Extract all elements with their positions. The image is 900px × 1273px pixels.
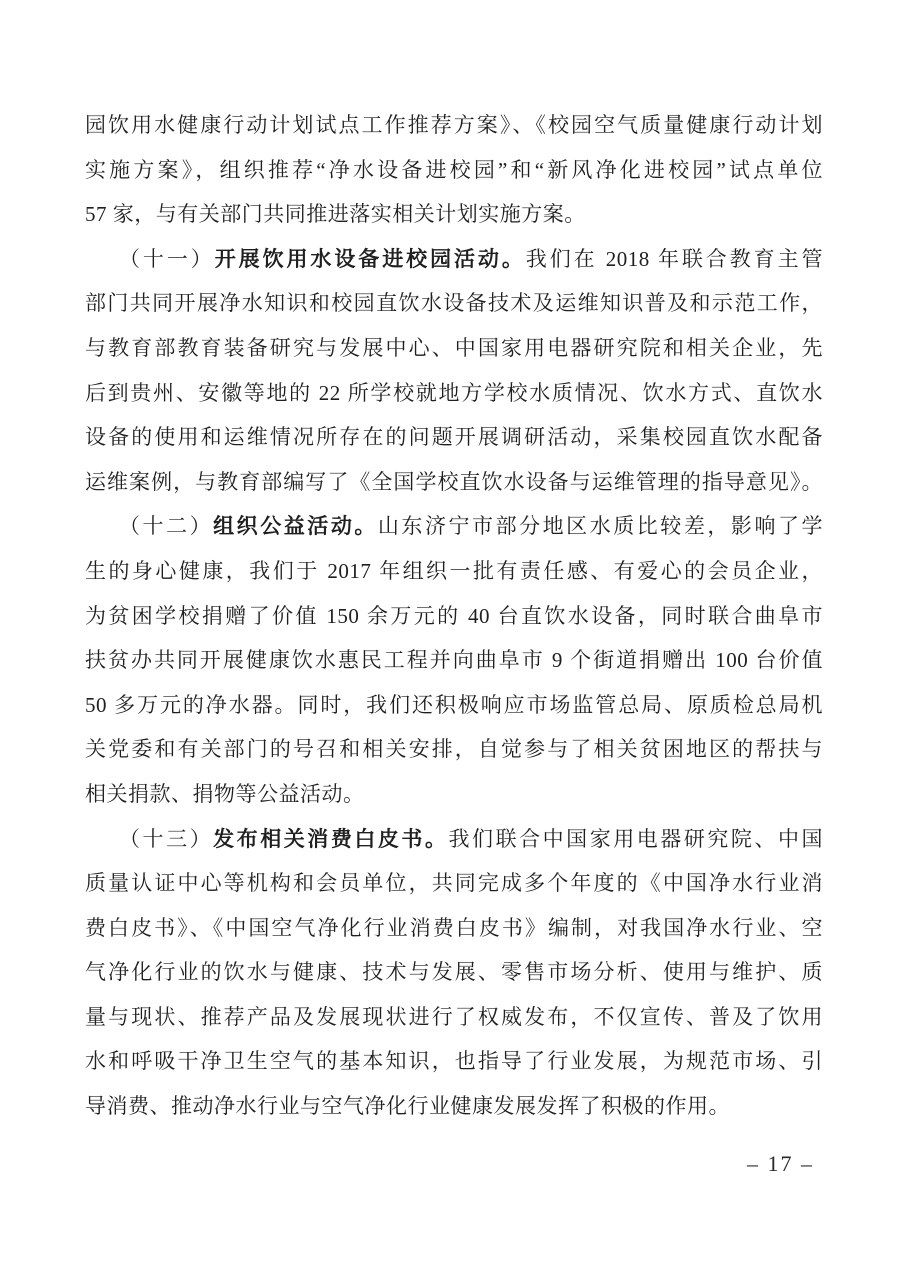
body-text: 扶贫办共同开展健康饮水惠民工程并向曲阜市 9 个街道捐赠出 100 台价值 — [85, 648, 823, 672]
body-text: 为贫困学校捐赠了价值 150 余万元的 40 台直饮水设备，同时联合曲阜市 — [85, 604, 823, 628]
body-text: 相关捐款、捐物等公益活动。 — [85, 782, 365, 806]
page-number: – 17 – — [747, 1150, 814, 1178]
text-line: 部门共同开展净水知识和校园直饮水设备技术及运维知识普及和示范工作， — [85, 281, 823, 326]
body-text: 后到贵州、安徽等地的 22 所学校就地方学校水质情况、饮水方式、直饮水 — [85, 381, 823, 405]
body-text: 设备的使用和运维情况所存在的问题开展调研活动，采集校园直饮水配备 — [85, 425, 823, 449]
body-text: （十二） — [119, 514, 213, 538]
paragraph: （十二）组织公益活动。山东济宁市部分地区水质比较差，影响了学生的身心健康，我们于… — [85, 504, 823, 816]
document-body: 园饮用水健康行动计划试点工作推荐方案》、《校园空气质量健康行动计划实施方案》，组… — [85, 103, 823, 1129]
body-text: 质量认证中心等机构和会员单位，共同完成多个年度的《中国净水行业消 — [85, 871, 823, 895]
text-line: 为贫困学校捐赠了价值 150 余万元的 40 台直饮水设备，同时联合曲阜市 — [85, 594, 823, 639]
body-text: 50 多万元的净水器。同时，我们还积极响应市场监管总局、原质检总局机 — [85, 693, 823, 717]
body-text: 57 家，与有关部门共同推进落实相关计划实施方案。 — [85, 202, 586, 226]
text-line: 气净化行业的饮水与健康、技术与发展、零售市场分析、使用与维护、质 — [85, 950, 823, 995]
paragraph: 园饮用水健康行动计划试点工作推荐方案》、《校园空气质量健康行动计划实施方案》，组… — [85, 103, 823, 237]
text-line: 量与现状、推荐产品及发展现状进行了权威发布，不仅宣传、普及了饮用 — [85, 995, 823, 1040]
body-text: 与教育部教育装备研究与发展中心、中国家用电器研究院和相关企业，先 — [85, 336, 823, 360]
body-text: （十三） — [119, 827, 213, 851]
text-line: 关党委和有关部门的号召和相关安排，自觉参与了相关贫困地区的帮扶与 — [85, 727, 823, 772]
text-line: （十三）发布相关消费白皮书。我们联合中国家用电器研究院、中国 — [85, 817, 823, 862]
text-line: 57 家，与有关部门共同推进落实相关计划实施方案。 — [85, 192, 823, 237]
body-text: 量与现状、推荐产品及发展现状进行了权威发布，不仅宣传、普及了饮用 — [85, 1005, 823, 1029]
text-line: 运维案例，与教育部编写了《全国学校直饮水设备与运维管理的指导意见》。 — [85, 460, 823, 505]
body-text: 园饮用水健康行动计划试点工作推荐方案》、《校园空气质量健康行动计划 — [85, 113, 823, 137]
body-text: 生的身心健康，我们于 2017 年组织一批有责任感、有爱心的会员企业， — [85, 559, 823, 583]
body-text: 我们联合中国家用电器研究院、中国 — [449, 827, 824, 851]
text-line: 相关捐款、捐物等公益活动。 — [85, 772, 823, 817]
body-text: 山东济宁市部分地区水质比较差，影响了学 — [378, 514, 823, 538]
text-line: 后到贵州、安徽等地的 22 所学校就地方学校水质情况、饮水方式、直饮水 — [85, 371, 823, 416]
text-line: 扶贫办共同开展健康饮水惠民工程并向曲阜市 9 个街道捐赠出 100 台价值 — [85, 638, 823, 683]
text-line: 设备的使用和运维情况所存在的问题开展调研活动，采集校园直饮水配备 — [85, 415, 823, 460]
body-text: 实施方案》，组织推荐“净水设备进校园”和“新风净化进校园”试点单位 — [85, 158, 823, 182]
text-line: 实施方案》，组织推荐“净水设备进校园”和“新风净化进校园”试点单位 — [85, 148, 823, 193]
text-line: 水和呼吸干净卫生空气的基本知识，也指导了行业发展，为规范市场、引 — [85, 1039, 823, 1084]
text-line: 50 多万元的净水器。同时，我们还积极响应市场监管总局、原质检总局机 — [85, 683, 823, 728]
text-line: 质量认证中心等机构和会员单位，共同完成多个年度的《中国净水行业消 — [85, 861, 823, 906]
body-text: （十一） — [119, 247, 215, 271]
body-text: 导消费、推动净水行业与空气净化行业健康发展发挥了积极的作用。 — [85, 1094, 730, 1118]
text-line: 生的身心健康，我们于 2017 年组织一批有责任感、有爱心的会员企业， — [85, 549, 823, 594]
body-text: 关党委和有关部门的号召和相关安排，自觉参与了相关贫困地区的帮扶与 — [85, 737, 823, 761]
heading-text: 开展饮用水设备进校园活动。 — [215, 247, 526, 271]
heading-text: 发布相关消费白皮书。 — [213, 827, 448, 851]
text-line: （十二）组织公益活动。山东济宁市部分地区水质比较差，影响了学 — [85, 504, 823, 549]
body-text: 费白皮书》、《中国空气净化行业消费白皮书》编制，对我国净水行业、空 — [85, 916, 823, 940]
body-text: 运维案例，与教育部编写了《全国学校直饮水设备与运维管理的指导意见》。 — [85, 470, 823, 494]
paragraph: （十三）发布相关消费白皮书。我们联合中国家用电器研究院、中国质量认证中心等机构和… — [85, 817, 823, 1129]
text-line: 园饮用水健康行动计划试点工作推荐方案》、《校园空气质量健康行动计划 — [85, 103, 823, 148]
heading-text: 组织公益活动。 — [213, 514, 378, 538]
text-line: 导消费、推动净水行业与空气净化行业健康发展发挥了积极的作用。 — [85, 1084, 823, 1129]
text-line: 与教育部教育装备研究与发展中心、中国家用电器研究院和相关企业，先 — [85, 326, 823, 371]
body-text: 我们在 2018 年联合教育主管 — [526, 247, 823, 271]
text-line: 费白皮书》、《中国空气净化行业消费白皮书》编制，对我国净水行业、空 — [85, 906, 823, 951]
text-line: （十一）开展饮用水设备进校园活动。我们在 2018 年联合教育主管 — [85, 237, 823, 282]
document-page: 园饮用水健康行动计划试点工作推荐方案》、《校园空气质量健康行动计划实施方案》，组… — [0, 0, 900, 1273]
body-text: 部门共同开展净水知识和校园直饮水设备技术及运维知识普及和示范工作， — [85, 291, 823, 315]
body-text: 水和呼吸干净卫生空气的基本知识，也指导了行业发展，为规范市场、引 — [85, 1049, 823, 1073]
paragraph: （十一）开展饮用水设备进校园活动。我们在 2018 年联合教育主管部门共同开展净… — [85, 237, 823, 505]
body-text: 气净化行业的饮水与健康、技术与发展、零售市场分析、使用与维护、质 — [85, 960, 823, 984]
